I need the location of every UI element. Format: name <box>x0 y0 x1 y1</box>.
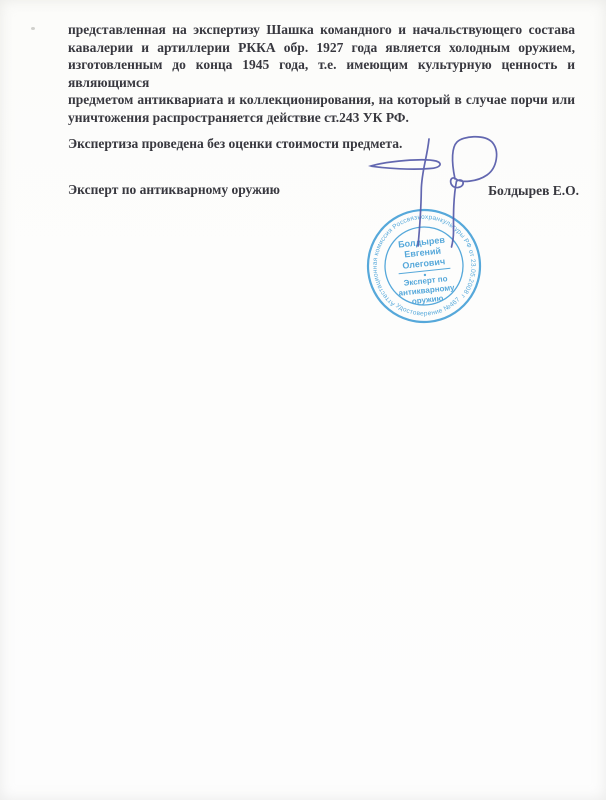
scan-speck <box>31 27 35 30</box>
signature-flourish-stroke <box>371 160 440 169</box>
scanned-document-page: представленная на экспертизу Шашка коман… <box>0 0 606 800</box>
signature-vertical-stroke <box>418 139 429 246</box>
signature-ink <box>355 125 515 260</box>
paragraph-line: кавалерии и артиллерии РККА обр. 1927 го… <box>68 39 575 57</box>
stamp-role-line: оружию <box>411 294 444 306</box>
paragraph-line: представленная на экспертизу Шашка коман… <box>68 21 575 39</box>
paragraph-line: уничтожения распространяется действие ст… <box>68 109 575 127</box>
main-paragraph: представленная на экспертизу Шашка коман… <box>68 21 575 126</box>
paragraph-line: предметом антиквариата и коллекционирова… <box>68 91 575 109</box>
expert-role-label: Эксперт по антикварному оружию <box>68 181 280 199</box>
paragraph-line: изготовленным до конца 1945 года, т.е. и… <box>68 56 575 91</box>
signature-loop-stroke <box>451 137 497 247</box>
